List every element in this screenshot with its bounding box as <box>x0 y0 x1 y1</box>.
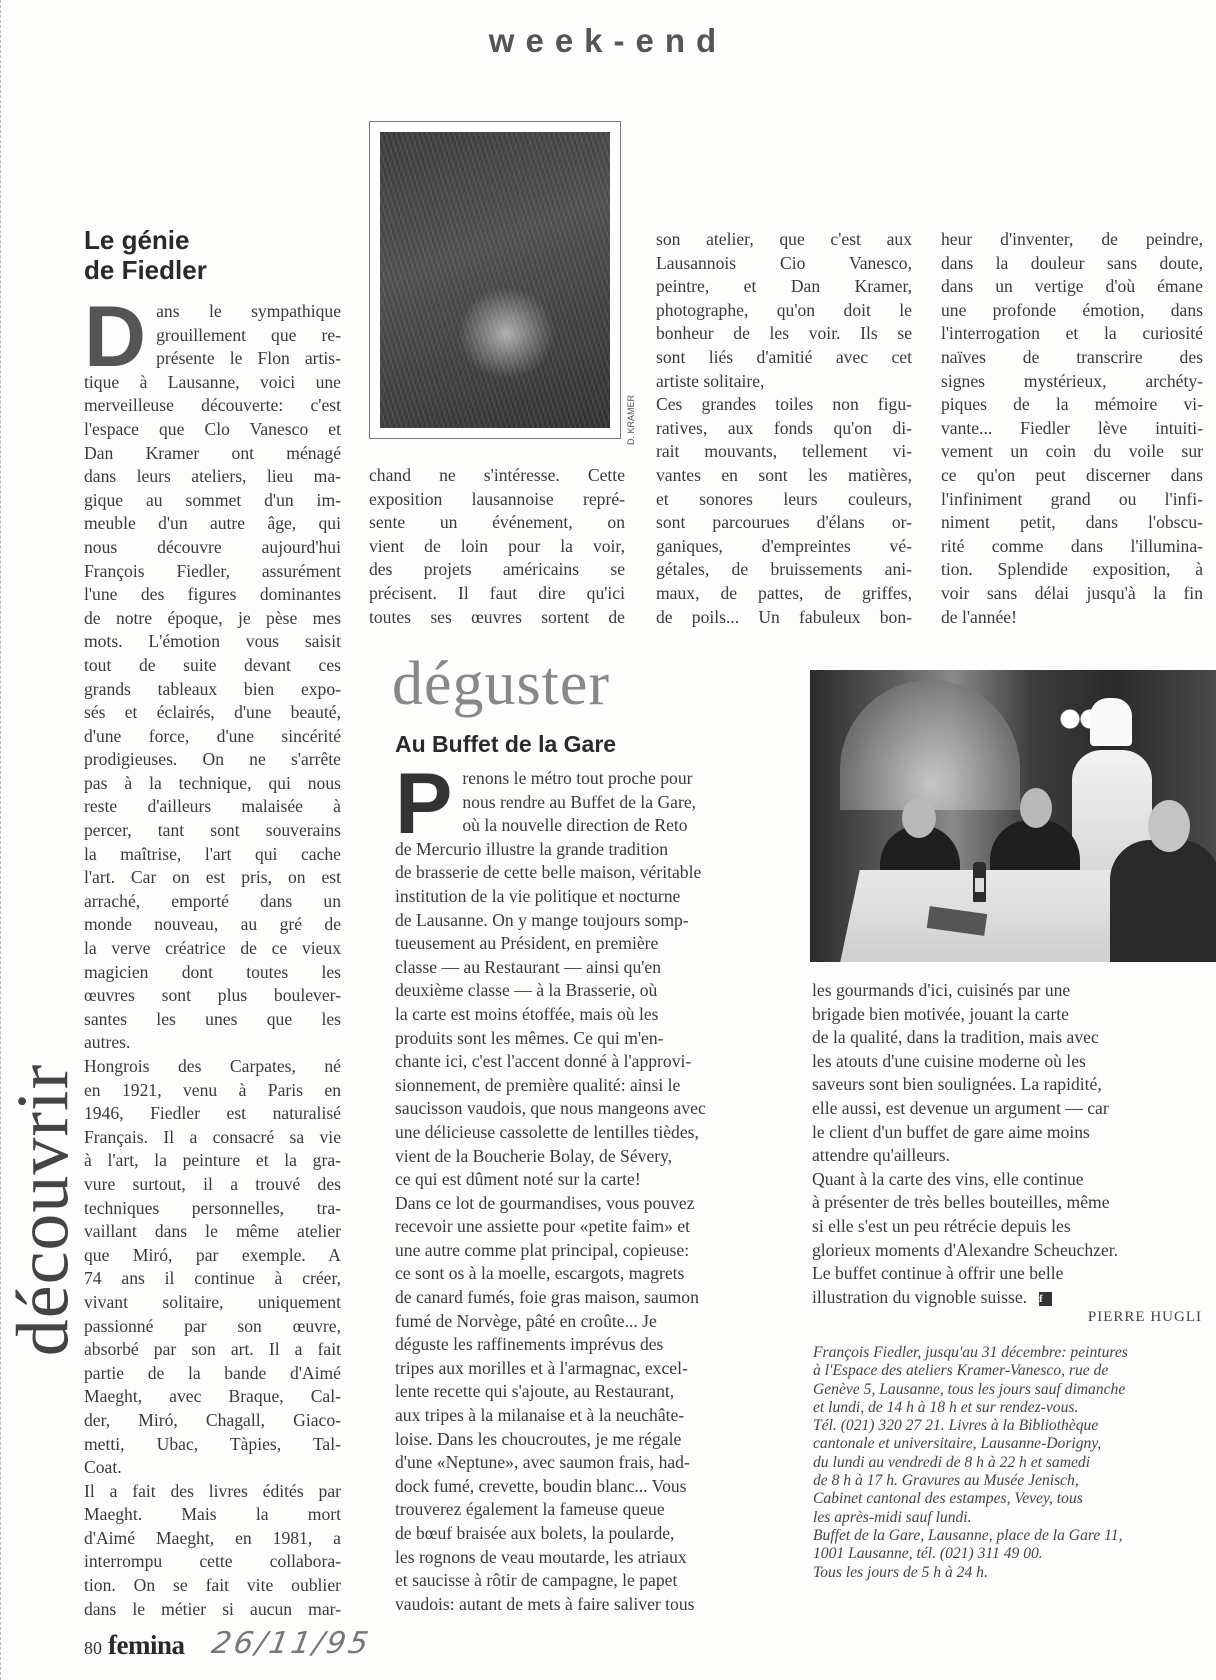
text-line: et saucisse à rôtir de campagne, le pape… <box>395 1569 785 1593</box>
article2-column-2: les gourmands d'ici, cuisinés par unebri… <box>812 979 1202 1309</box>
text-line: vante... Fiedler lève intuiti- <box>941 417 1203 441</box>
text-line: précisent. Il faut dire qu'ici <box>369 582 625 606</box>
text-line: lente recette qui s'ajoute, au Restauran… <box>395 1380 785 1404</box>
text-line: mots. L'émotion vous saisit <box>84 630 341 654</box>
text-line: François Fiedler, assurément <box>84 560 341 584</box>
text-line: peintre, et Dan Kramer, <box>656 275 912 299</box>
article1-column-1: D ans le sympathiquegrouillement que re-… <box>84 300 341 1621</box>
page-number: 80 <box>84 1638 102 1659</box>
text-line: œuvres sont plus boulever- <box>84 984 341 1008</box>
text-line: Il a fait des livres édités par <box>84 1480 341 1504</box>
exhibition-info: François Fiedler, jusqu'au 31 décembre: … <box>813 1344 1208 1582</box>
text-line: de l'année! <box>941 606 1203 630</box>
text-line: Le buffet continue à offrir une belle <box>812 1262 1202 1286</box>
photo-person-3 <box>1110 840 1216 962</box>
info-line: Genève 5, Lausanne, tous les jours sauf … <box>813 1381 1208 1399</box>
text-line: de brasserie de cette belle maison, véri… <box>395 861 785 885</box>
text-line: dans le métier si aucun mar- <box>84 1598 341 1622</box>
text-line: ce qui est dûment noté sur la carte! <box>395 1168 785 1192</box>
text-line: sont parcourues d'élans or- <box>656 511 912 535</box>
text-line: rité comme dans l'illumina- <box>941 535 1203 559</box>
text-line: monde nouveau, au gré de <box>84 913 341 937</box>
photo-chef-hat <box>1090 698 1132 746</box>
info-line: 1001 Lausanne, tél. (021) 311 49 00. <box>813 1545 1208 1563</box>
text-line: et sonores leurs couleurs, <box>656 488 912 512</box>
text-line: la maîtrise, l'art qui cache <box>84 843 341 867</box>
text-line: tion. On se fait vite oublier <box>84 1574 341 1598</box>
text-line: le client d'un buffet de gare aime moins <box>812 1121 1202 1145</box>
text-line: meuble d'un autre âge, qui <box>84 512 341 536</box>
text-line: magicien dont toutes les <box>84 961 341 985</box>
text-line: tique à Lausanne, voici une <box>84 371 341 395</box>
text-line: vient de la Boucherie Bolay, de Sévery, <box>395 1145 785 1169</box>
page-edge <box>0 0 2 1680</box>
text-line: grouillement que re- <box>156 324 341 348</box>
text-line: metti, Ubac, Tàpies, Tal- <box>84 1433 341 1457</box>
text-line: la carte est moins étoffée, mais où les <box>395 1003 785 1027</box>
text-line: renons le métro tout proche pour <box>462 767 785 791</box>
text-line: à l'art, la peinture et la gra- <box>84 1149 341 1173</box>
text-line: de la qualité, dans la tradition, mais a… <box>812 1026 1202 1050</box>
info-line: Tous les jours de 5 h à 24 h. <box>813 1564 1208 1582</box>
femina-end-mark-icon: f <box>1039 1292 1052 1306</box>
text-line: les gourmands d'ici, cuisinés par une <box>812 979 1202 1003</box>
text-line: l'une des figures dominantes <box>84 583 341 607</box>
info-line: Tél. (021) 320 27 21. Livres à la Biblio… <box>813 1417 1208 1435</box>
section-label-deguster: déguster <box>392 652 610 716</box>
text-line: d'une «Neptune», avec saumon frais, had- <box>395 1451 785 1475</box>
text-line: Dan Kramer ont ménagé <box>84 442 341 466</box>
text-line: glorieux moments d'Alexandre Scheuchzer. <box>812 1239 1202 1263</box>
text-line: autres. <box>84 1031 341 1055</box>
text-line: de bœuf braisée aux bolets, la poularde, <box>395 1522 785 1546</box>
text-line: dans la douleur sans doute, <box>941 252 1203 276</box>
text-line: signes mystérieux, archéty- <box>941 370 1203 394</box>
text-line: en 1921, venu à Paris en <box>84 1079 341 1103</box>
article1-column-2: chand ne s'intéresse. Cetteexposition la… <box>369 464 625 629</box>
text-line: saveurs sont bien soulignées. La rapidit… <box>812 1073 1202 1097</box>
text-line: aux tripes à la milanaise et à la neuchâ… <box>395 1404 785 1428</box>
text-line: nous rendre au Buffet de la Gare, <box>462 791 785 815</box>
info-line: Buffet de la Gare, Lausanne, place de la… <box>813 1527 1208 1545</box>
section-header: week-end <box>0 22 1216 60</box>
text-line: Maeght, avec Braque, Cal- <box>84 1385 341 1409</box>
text-line: artiste solitaire, <box>656 370 912 394</box>
text-line: de notre époque, je pèse mes <box>84 607 341 631</box>
text-line: attendre qu'ailleurs. <box>812 1144 1202 1168</box>
text-line: Maeght. Mais la mort <box>84 1503 341 1527</box>
text-line: à présenter de très belles bouteilles, m… <box>812 1191 1202 1215</box>
text-line: techniques personnelles, tra- <box>84 1197 341 1221</box>
text-line: prodigieuses. On ne s'arrête <box>84 748 341 772</box>
photo-wine-bottle <box>973 862 986 902</box>
info-line: et lundi, de 14 h à 18 h et sur rendez-v… <box>813 1399 1208 1417</box>
text-line: son atelier, que c'est aux <box>656 228 912 252</box>
text-line: ce qu'on peut discerner dans <box>941 464 1203 488</box>
text-line: tripes aux morilles et à l'armagnac, exc… <box>395 1357 785 1381</box>
text-line: piques de la mémoire vi- <box>941 393 1203 417</box>
photo-arch <box>840 680 1020 810</box>
text-line: tueusement au Président, en première <box>395 932 785 956</box>
text-line: dans un vertige d'où émane <box>941 275 1203 299</box>
handwritten-date: 26/11/95 <box>209 1626 374 1661</box>
text-line: de Mercurio illustre la grande tradition <box>395 838 785 862</box>
text-line: Ces grandes toiles non figu- <box>656 393 912 417</box>
text-line: de canard fumés, foie gras maison, saumo… <box>395 1286 785 1310</box>
text-line: niment petit, dans l'obscu- <box>941 511 1203 535</box>
info-line: cantonale et universitaire, Lausanne-Dor… <box>813 1435 1208 1453</box>
text-line: rait mouvants, tellement vi- <box>656 440 912 464</box>
text-line: brigade bien motivée, jouant la carte <box>812 1003 1202 1027</box>
text-line: voir sans délai jusqu'à la fin <box>941 582 1203 606</box>
footer: 80 femina <box>84 1630 184 1661</box>
text-line: ce sont os à la moelle, escargots, magre… <box>395 1262 785 1286</box>
text-line: sente un événement, on <box>369 511 625 535</box>
text-line: 74 ans il continue à créer, <box>84 1267 341 1291</box>
article1-headline: Le génie de Fiedler <box>84 225 207 285</box>
text-line: fumé de Norvège, pâté en croûte... Je <box>395 1310 785 1334</box>
text-line: recevoir une assiette pour «petite faim»… <box>395 1215 785 1239</box>
text-line: sont liés d'amitié avec cet <box>656 346 912 370</box>
text-line: pas à la technique, qui nous <box>84 772 341 796</box>
text-line: tout de suite devant ces <box>84 654 341 678</box>
text-line: gique au sommet d'un im- <box>84 489 341 513</box>
text-line: interrompu cette collabora- <box>84 1550 341 1574</box>
text-line: toutes ses œuvres sortent de <box>369 606 625 630</box>
text-line: heur d'inventer, de peindre, <box>941 228 1203 252</box>
text-line: Lausannois Cio Vanesco, <box>656 252 912 276</box>
text-line: passionné par son œuvre, <box>84 1315 341 1339</box>
text-line: percer, tant sont souverains <box>84 819 341 843</box>
text-line: grands tableaux bien expo- <box>84 678 341 702</box>
text-line: où la nouvelle direction de Reto <box>462 814 785 838</box>
byline: PIERRE HUGLI <box>1060 1309 1202 1326</box>
fiedler-artwork-image <box>369 121 621 439</box>
text-line: vement un coin du voile sur <box>941 440 1203 464</box>
text-line: produits sont les mêmes. Ce qui m'en- <box>395 1027 785 1051</box>
text-line: ratives, aux fonds qu'on di- <box>656 417 912 441</box>
magazine-name: femina <box>108 1630 184 1661</box>
text-line: de Lausanne. On y mange toujours somp- <box>395 909 785 933</box>
text-line: photographe, qu'on doit le <box>656 299 912 323</box>
text-line: der, Miró, Chagall, Giaco- <box>84 1409 341 1433</box>
photo-face-2 <box>1020 788 1052 828</box>
text-line: Coat. <box>84 1456 341 1480</box>
text-line: chante ici, c'est l'accent donné à l'app… <box>395 1050 785 1074</box>
text-line: trouverez également la fameuse queue <box>395 1498 785 1522</box>
text-line: 1946, Fiedler est naturalisé <box>84 1102 341 1126</box>
text-line: l'infiniment grand ou l'infi- <box>941 488 1203 512</box>
text-line: de poils... Un fabuleux bon- <box>656 606 912 630</box>
text-line: déguste les raffinements imprévus des <box>395 1333 785 1357</box>
text-line: que Miró, par exemple. A <box>84 1244 341 1268</box>
text-line: vaillant dans le même atelier <box>84 1220 341 1244</box>
text-line: saucisson vaudois, que nous mangeons ave… <box>395 1097 785 1121</box>
photo-face-3 <box>1148 800 1190 852</box>
text-line: maux, de pattes, de griffes, <box>656 582 912 606</box>
image-credit: D. KRAMER <box>624 390 638 450</box>
text-line: vure surtout, il a trouvé des <box>84 1173 341 1197</box>
artwork-canvas <box>380 132 610 428</box>
text-line: institution de la vie politique et noctu… <box>395 885 785 909</box>
text-line: l'espace que Clo Vanesco et <box>84 418 341 442</box>
text-line: vivant solitaire, uniquement <box>84 1291 341 1315</box>
text-line: d'une force, d'une sincérité <box>84 725 341 749</box>
text-line: si elle s'est un peu rétrécie depuis les <box>812 1215 1202 1239</box>
side-section-label: découvrir <box>8 1060 80 1360</box>
text-line: dans leurs ateliers, lieu ma- <box>84 465 341 489</box>
text-line: exposition lausannoise repré- <box>369 488 625 512</box>
text-line: vaudois: autant de mets à faire saliver … <box>395 1593 785 1617</box>
info-line: Cabinet cantonal des estampes, Vevey, to… <box>813 1490 1208 1508</box>
text-line: une autre comme plat principal, copieuse… <box>395 1239 785 1263</box>
text-line: Hongrois des Carpates, né <box>84 1055 341 1079</box>
text-line: Français. Il a consacré sa vie <box>84 1126 341 1150</box>
text-line: tion. Splendide exposition, à <box>941 558 1203 582</box>
info-line: du lundi au vendredi de 8 h à 22 h et sa… <box>813 1454 1208 1472</box>
text-line: elle aussi, est devenue un argument — ca… <box>812 1097 1202 1121</box>
text-line: chand ne s'intéresse. Cette <box>369 464 625 488</box>
text-line: vantes en sont les matières, <box>656 464 912 488</box>
text-line: bonheur de les voir. Ils se <box>656 322 912 346</box>
info-line: de 8 h à 17 h. Gravures au Musée Jenisch… <box>813 1472 1208 1490</box>
text-line: merveilleuse découverte: c'est <box>84 394 341 418</box>
dropcap-d: D <box>84 304 146 370</box>
text-line: ganiques, d'empreintes vé- <box>656 535 912 559</box>
info-line: François Fiedler, jusqu'au 31 décembre: … <box>813 1344 1208 1362</box>
article2-headline: Au Buffet de la Gare <box>395 730 616 758</box>
text-line: sionnement, de première qualité: ainsi l… <box>395 1074 785 1098</box>
text-line: des projets américains se <box>369 558 625 582</box>
text-line: sés et éclairés, d'une beauté, <box>84 701 341 725</box>
info-line: à l'Espace des ateliers Kramer-Vanesco, … <box>813 1362 1208 1380</box>
text-line: une délicieuse cassolette de lentilles t… <box>395 1121 785 1145</box>
text-line: reste d'ailleurs malaisée à <box>84 795 341 819</box>
text-line: présente le Flon artis- <box>156 347 341 371</box>
text-line: l'interrogation et la curiosité <box>941 322 1203 346</box>
photo-face-1 <box>902 798 936 838</box>
text-line: deuxième classe — à la Brasserie, où <box>395 979 785 1003</box>
text-line: absorbé par son art. Il a fait <box>84 1338 341 1362</box>
dropcap-p: P <box>395 771 452 837</box>
text-line: loise. Dans les choucroutes, je me régal… <box>395 1428 785 1452</box>
text-line: classe — au Restaurant — ainsi qu'en <box>395 956 785 980</box>
text-line: santes les unes que les <box>84 1008 341 1032</box>
photo-table <box>840 870 1150 962</box>
text-line: nous découvre aujourd'hui <box>84 536 341 560</box>
text-line: les atouts d'une cuisine moderne où les <box>812 1050 1202 1074</box>
text-line: l'art. Car on est pris, on est <box>84 866 341 890</box>
text-line: illustration du vignoble suisse.f <box>812 1286 1202 1310</box>
text-line: la verve créatrice de ce vieux <box>84 937 341 961</box>
buffet-de-la-gare-photo <box>810 670 1216 962</box>
info-line: les après-midi sauf lundi. <box>813 1509 1208 1527</box>
article1-column-3: son atelier, que c'est auxLausannois Cio… <box>656 228 912 629</box>
text-line: ans le sympathique <box>156 300 341 324</box>
text-line: Dans ce lot de gourmandises, vous pouvez <box>395 1192 785 1216</box>
text-line: arraché, emporté dans un <box>84 890 341 914</box>
article1-column-4: heur d'inventer, de peindre,dans la doul… <box>941 228 1203 629</box>
text-line: dock fumé, crevette, boudin blanc... Vou… <box>395 1475 785 1499</box>
article2-column-1: P renons le métro tout proche pournous r… <box>395 767 785 1616</box>
text-line: Quant à la carte des vins, elle continue <box>812 1168 1202 1192</box>
text-line: gétales, de bruissements ani- <box>656 558 912 582</box>
text-line: les rognons de veau moutarde, les atriau… <box>395 1546 785 1570</box>
text-line: naïves de transcrire des <box>941 346 1203 370</box>
text-line: une profonde émotion, dans <box>941 299 1203 323</box>
text-line: vient de loin pour la voir, <box>369 535 625 559</box>
text-line: d'Aimé Maeght, en 1981, a <box>84 1527 341 1551</box>
text-line: partie de la bande d'Aimé <box>84 1362 341 1386</box>
